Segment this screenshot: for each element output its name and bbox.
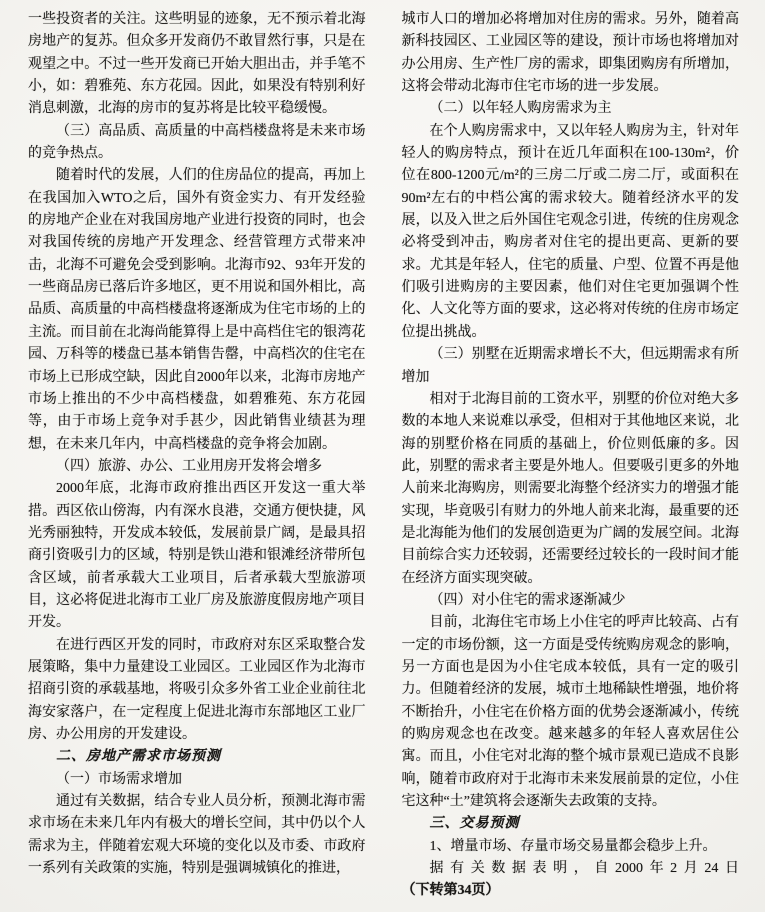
paragraph-text: 通过有关数据，结合专业人员分析，预测北海市需求市场在未来几年内有极大的增长空间，… [28,794,366,876]
paragraph-text: （二）以年轻人购房需求为主 [430,101,612,116]
section-heading-text: 二、房地产需求市场预测 [56,749,221,764]
paragraph: （四）对小住宅的需求逐渐减少 [402,590,740,612]
paragraph-text: （一）市场需求增加 [56,772,182,787]
paragraph: 据有关数据表明，自2000年2月24日（下转第34页） [402,858,740,903]
paragraph-text: 在进行西区开发的同时，市政府对东区采取整合发展策略，集中力量建设工业园区。工业园… [28,638,366,742]
left-column: 一些投资者的关注。这些明显的迹象，无不预示着北海房地产的复苏。但众多开发商仍不敢… [28,9,366,912]
paragraph: 在个人购房需求中，又以年轻人购房为主，针对年轻人的购房特点，预计在近几年面积在1… [402,121,740,344]
right-column: 城市人口的增加必将增加对住房的需求。另外，随着高新科技园区、工业园区等的建设，预… [402,9,740,912]
paragraph: 1、增量市场、存量市场交易量都会稳步上升。 [402,836,740,858]
section-heading: 三、交易预测 [402,813,740,835]
paragraph-text: 相对于北海目前的工资水平，别墅的价位对绝大多数的本地人来说难以承受，但相对于其他… [402,392,740,586]
paragraph-text: （三）高品质、高质量的中高档楼盘将是未来市场的竞争热点。 [28,124,366,161]
paragraph-text: 1、增量市场、存量市场交易量都会稳步上升。 [430,839,717,854]
paragraph: （四）旅游、办公、工业用房开发将会增多 [28,456,366,478]
paragraph-text: （三）别墅在近期需求增长不大，但远期需求有所增加 [402,347,740,384]
paragraph-text: （四）对小住宅的需求逐渐减少 [430,593,626,608]
paragraph-text: 在个人购房需求中，又以年轻人购房为主，针对年轻人的购房特点，预计在近几年面积在1… [402,124,740,340]
paragraph: （三）别墅在近期需求增长不大，但远期需求有所增加 [402,344,740,389]
paragraph-text: （四）旅游、办公、工业用房开发将会增多 [56,459,322,474]
section-heading: 二、房地产需求市场预测 [28,746,366,768]
document-page: 一些投资者的关注。这些明显的迹象，无不预示着北海房地产的复苏。但众多开发商仍不敢… [0,0,765,912]
paragraph: 通过有关数据，结合专业人员分析，预测北海市需求市场在未来几年内有极大的增长空间，… [28,791,366,880]
paragraph: 随着时代的发展，人们的住房品位的提高，再加上在我国加入WTO之后，国外有资金实力… [28,165,366,455]
paragraph: （二）以年轻人购房需求为主 [402,98,740,120]
paragraph: （三）高品质、高质量的中高档楼盘将是未来市场的竞争热点。 [28,121,366,166]
paragraph: 城市人口的增加必将增加对住房的需求。另外，随着高新科技园区、工业园区等的建设，预… [402,9,740,98]
paragraph: 在进行西区开发的同时，市政府对东区采取整合发展策略，集中力量建设工业园区。工业园… [28,635,366,747]
paragraph-text: 据有关数据表明，自2000年2月24日 [430,861,740,876]
continued-on-page-note: （下转第34页） [402,883,500,898]
paragraph-text: 随着时代的发展，人们的住房品位的提高，再加上在我国加入WTO之后，国外有资金实力… [28,168,366,451]
paragraph-text: 2000年底，北海市政府推出西区开发这一重大举措。西区依山傍海，内有深水良港，交… [28,481,366,630]
paragraph: 一些投资者的关注。这些明显的迹象，无不预示着北海房地产的复苏。但众多开发商仍不敢… [28,9,366,121]
paragraph: 目前，北海住宅市场上小住宅的呼声比较高、占有一定的市场份额，这一方面是受传统购房… [402,612,740,813]
paragraph-text: 目前，北海住宅市场上小住宅的呼声比较高、占有一定的市场份额，这一方面是受传统购房… [402,615,740,809]
paragraph: 相对于北海目前的工资水平，别墅的价位对绝大多数的本地人来说难以承受，但相对于其他… [402,389,740,590]
paragraph-text: 一些投资者的关注。这些明显的迹象，无不预示着北海房地产的复苏。但众多开发商仍不敢… [28,12,366,116]
paragraph: 2000年底，北海市政府推出西区开发这一重大举措。西区依山傍海，内有深水良港，交… [28,478,366,634]
paragraph-text: 城市人口的增加必将增加对住房的需求。另外，随着高新科技园区、工业园区等的建设，预… [402,12,740,94]
paragraph: （一）市场需求增加 [28,769,366,791]
section-heading-text: 三、交易预测 [430,816,520,831]
